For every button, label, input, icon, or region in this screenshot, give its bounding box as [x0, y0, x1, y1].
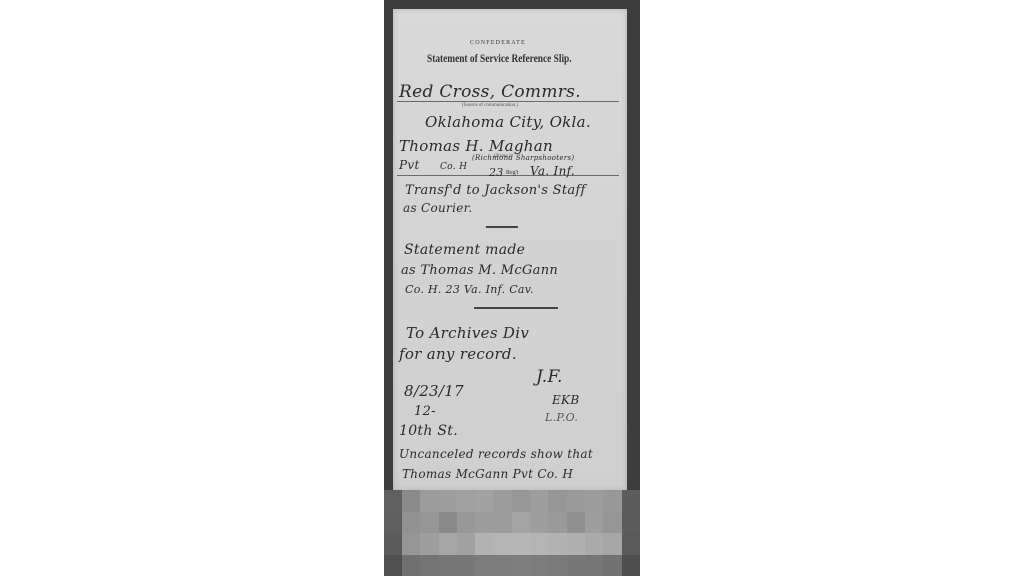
redaction-block	[457, 533, 475, 555]
redaction-block	[548, 555, 566, 576]
redaction-block	[622, 533, 640, 555]
redaction-block	[475, 555, 493, 576]
record-line: for any record.	[399, 345, 517, 363]
source-line: Red Cross, Commrs.	[399, 82, 581, 102]
redaction-block	[402, 490, 420, 512]
records-line: Uncanceled records show that	[399, 447, 593, 461]
courier-line: as Courier.	[403, 201, 472, 215]
transfer-line: Transf'd to Jackson's Staff	[405, 183, 586, 198]
regt-label: Reg't	[506, 170, 518, 176]
regiment-number: 23	[489, 166, 504, 179]
rank: Pvt	[399, 158, 420, 172]
unit-line: Co. H. 23 Va. Inf. Cav.	[405, 283, 534, 296]
redaction-block	[402, 512, 420, 534]
redaction-block	[384, 512, 402, 534]
redaction-block	[567, 490, 585, 512]
redaction-block	[585, 490, 603, 512]
initials-ekb: EKB	[552, 393, 579, 407]
redaction-block	[548, 533, 566, 555]
redaction-block	[457, 512, 475, 534]
archives-line: To Archives Div	[406, 324, 529, 342]
redaction-block	[475, 533, 493, 555]
redaction-block	[567, 533, 585, 555]
regiment-state: Va. Inf.	[530, 164, 575, 178]
alias-line: as Thomas M. McGann	[401, 263, 558, 278]
redaction-block	[567, 512, 585, 534]
redaction-block	[530, 490, 548, 512]
source-caption: (Source of communication.)	[462, 103, 518, 108]
redaction-block	[603, 490, 621, 512]
street-line: 10th St.	[399, 423, 458, 439]
redaction-block	[622, 555, 640, 576]
divider-2	[474, 307, 558, 309]
header-title: Statement of Service Reference Slip.	[427, 51, 572, 66]
redaction-block	[402, 555, 420, 576]
redaction-block	[457, 490, 475, 512]
redaction-block	[420, 490, 438, 512]
redaction-block	[493, 533, 511, 555]
redaction-block	[512, 490, 530, 512]
redaction-block	[439, 490, 457, 512]
redaction-block	[439, 512, 457, 534]
redaction-block	[603, 512, 621, 534]
redaction-block	[530, 533, 548, 555]
redaction-block	[622, 512, 640, 534]
date: 8/23/17	[404, 382, 464, 400]
redaction-block	[585, 555, 603, 576]
redaction-block	[548, 512, 566, 534]
statement-line: Statement made	[404, 242, 525, 258]
redaction-block	[420, 555, 438, 576]
initials-jf: J.F.	[536, 367, 563, 387]
redaction-block	[493, 490, 511, 512]
redaction-block	[384, 490, 402, 512]
number-12: 12-	[414, 404, 436, 419]
initials-lpo: L.P.O.	[545, 411, 578, 424]
redaction-block	[585, 533, 603, 555]
redaction-block	[512, 533, 530, 555]
source-rule	[397, 101, 619, 102]
redaction-block	[439, 555, 457, 576]
redaction-block	[475, 490, 493, 512]
redaction-block	[622, 490, 640, 512]
company: Co. H	[440, 162, 467, 172]
redaction-block	[603, 533, 621, 555]
redaction-block	[493, 555, 511, 576]
redaction-block	[420, 512, 438, 534]
mcgann-line: Thomas McGann Pvt Co. H	[402, 467, 573, 481]
redaction-block	[384, 555, 402, 576]
redaction-block	[475, 512, 493, 534]
name-line: Thomas H. Maghan	[399, 137, 553, 155]
divider-1	[486, 226, 518, 228]
redacted-region	[384, 490, 640, 576]
redaction-block	[512, 512, 530, 534]
redaction-block	[439, 533, 457, 555]
redaction-block	[548, 490, 566, 512]
redaction-block	[530, 512, 548, 534]
redaction-block	[585, 512, 603, 534]
redaction-block	[512, 555, 530, 576]
redaction-block	[567, 555, 585, 576]
redaction-block	[457, 555, 475, 576]
redaction-block	[420, 533, 438, 555]
redaction-block	[530, 555, 548, 576]
redaction-block	[493, 512, 511, 534]
unit-note: (Richmond Sharpshooters)	[472, 154, 574, 162]
city-line: Oklahoma City, Okla.	[425, 113, 591, 131]
redaction-block	[402, 533, 420, 555]
redaction-block	[384, 533, 402, 555]
redaction-block	[603, 555, 621, 576]
header-confederate: CONFEDERATE	[470, 40, 526, 46]
